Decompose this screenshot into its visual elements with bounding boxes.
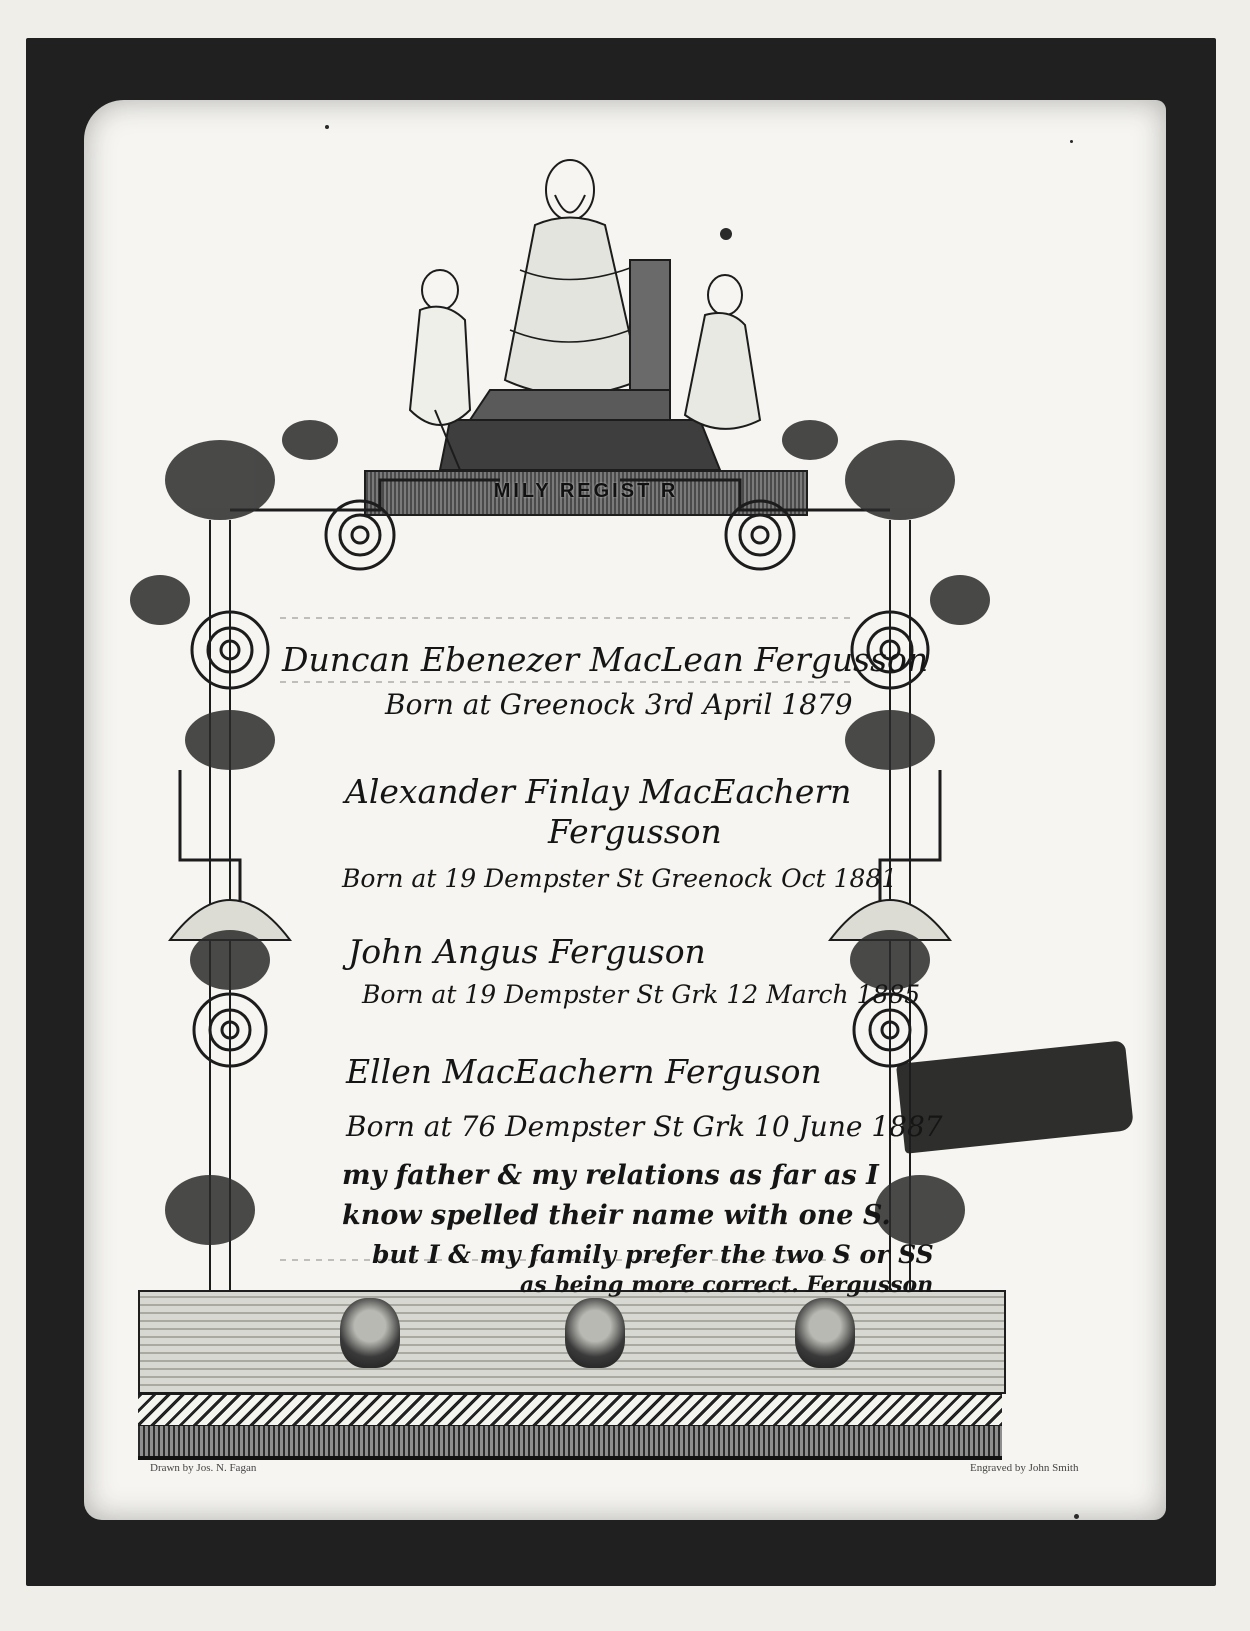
entry-1-name: Duncan Ebenezer MacLean Fergusson <box>282 640 928 679</box>
note-line-4: as being more correct. Fergusson <box>520 1272 933 1298</box>
credit-engraved-by: Engraved by John Smith <box>970 1462 1078 1474</box>
entry-4-birth: Born at 76 Dempster St Grk 10 June 1887 <box>346 1110 943 1143</box>
chevron-band <box>138 1392 1002 1428</box>
entry-3-name: John Angus Ferguson <box>348 932 706 971</box>
entry-1-birth: Born at Greenock 3rd April 1879 <box>385 688 853 721</box>
ink-speck <box>1070 140 1073 143</box>
entry-2-name-line1: Alexander Finlay MacEachern <box>345 772 851 811</box>
mask-ornament-left <box>340 1298 400 1368</box>
mask-ornament-center <box>565 1298 625 1368</box>
credit-drawn-by: Drawn by Jos. N. Fagan <box>150 1462 256 1474</box>
entry-2-name-line2: Fergusson <box>548 812 722 851</box>
note-line-1: my father & my relations as far as I <box>342 1160 879 1191</box>
entry-2-birth: Born at 19 Dempster St Greenock Oct 1881 <box>342 864 897 893</box>
note-line-3: but I & my family prefer the two S or SS <box>372 1240 934 1269</box>
note-line-2: know spelled their name with one S. <box>342 1200 891 1231</box>
entry-3-birth: Born at 19 Dempster St Grk 12 March 1885 <box>362 980 920 1009</box>
ink-speck <box>1074 1514 1079 1519</box>
entry-4-name: Ellen MacEachern Ferguson <box>346 1052 822 1091</box>
brick-band <box>138 1426 1002 1460</box>
ornamental-frame <box>130 420 1010 1420</box>
ink-speck <box>325 125 329 129</box>
mask-ornament-right <box>795 1298 855 1368</box>
